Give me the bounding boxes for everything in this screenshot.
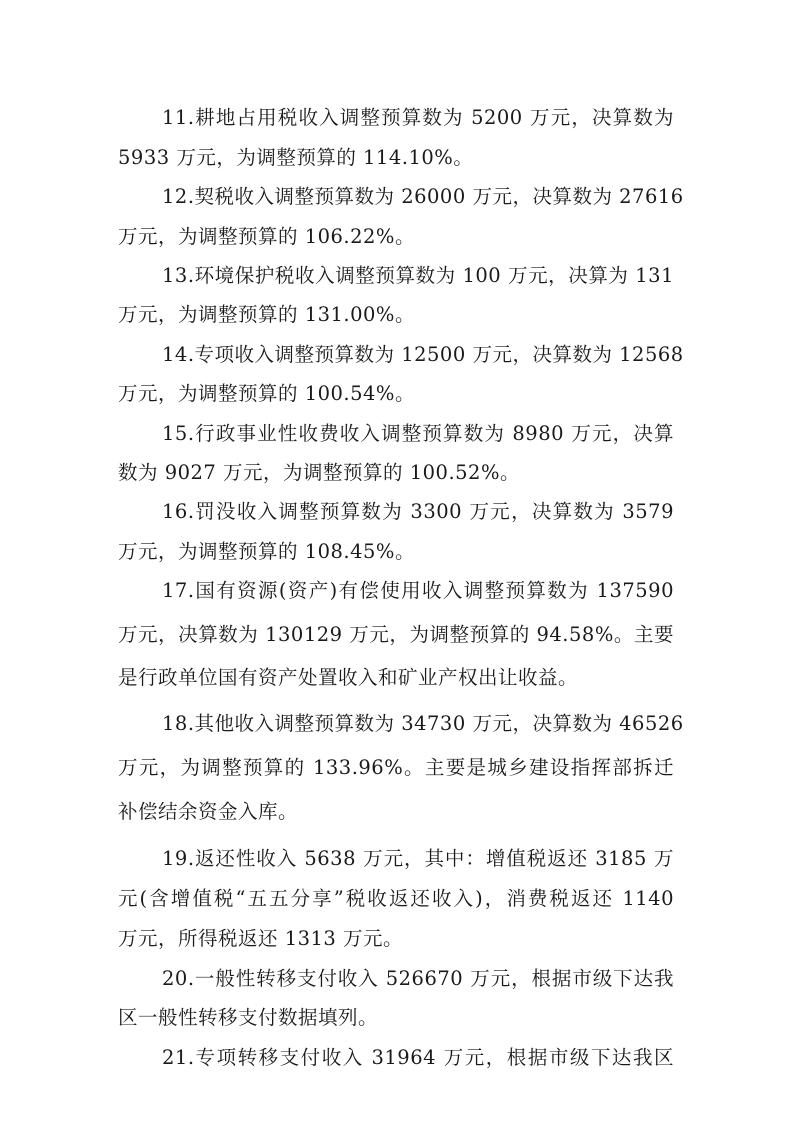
paragraph-line: 万元，为调整预算的 133.96%。主要是城乡建设指挥部拆迁 xyxy=(118,753,674,783)
paragraph-line: 21.专项转移支付收入 31964 万元，根据市级下达我区 xyxy=(162,1043,674,1073)
paragraph-line: 数为 9027 万元，为调整预算的 100.52%。 xyxy=(118,458,674,488)
document-page: 11.耕地占用税收入调整预算数为 5200 万元，决算数为 5933 万元，为调… xyxy=(0,0,793,1122)
paragraph-line: 12.契税收入调整预算数为 26000 万元，决算数为 27616 xyxy=(162,182,674,212)
paragraph-line: 18.其他收入调整预算数为 34730 万元，决算数为 46526 xyxy=(162,709,674,739)
paragraph-line: 区一般性转移支付数据填列。 xyxy=(118,1003,674,1033)
paragraph-line: 万元，为调整预算的 106.22%。 xyxy=(118,222,674,252)
paragraph-line: 11.耕地占用税收入调整预算数为 5200 万元，决算数为 xyxy=(162,103,674,133)
paragraph-line: 万元，所得税返还 1313 万元。 xyxy=(118,924,674,954)
paragraph-line: 万元，为调整预算的 108.45%。 xyxy=(118,537,674,567)
paragraph-line: 17.国有资源(资产)有偿使用收入调整预算数为 137590 xyxy=(162,576,674,606)
paragraph-line: 万元，为调整预算的 100.54%。 xyxy=(118,379,674,409)
paragraph-line: 15.行政事业性收费收入调整预算数为 8980 万元，决算 xyxy=(162,419,674,449)
paragraph-line: 5933 万元，为调整预算的 114.10%。 xyxy=(118,143,674,173)
paragraph-line: 14.专项收入调整预算数为 12500 万元，决算数为 12568 xyxy=(162,340,674,370)
paragraph-line: 16.罚没收入调整预算数为 3300 万元，决算数为 3579 xyxy=(162,497,674,527)
paragraph-line: 20.一般性转移支付收入 526670 万元，根据市级下达我 xyxy=(162,964,674,994)
paragraph-line: 补偿结余资金入库。 xyxy=(118,797,674,827)
paragraph-line: 13.环境保护税收入调整预算数为 100 万元，决算为 131 xyxy=(162,261,674,291)
paragraph-line: 元(含增值税“五五分享”税收返还收入)，消费税返还 1140 xyxy=(118,884,674,914)
paragraph-line: 19.返还性收入 5638 万元，其中：增值税返还 3185 万 xyxy=(162,844,674,874)
paragraph-line: 万元，决算数为 130129 万元，为调整预算的 94.58%。主要 xyxy=(118,620,674,650)
paragraph-line: 是行政单位国有资产处置收入和矿业产权出让收益。 xyxy=(118,663,674,693)
paragraph-line: 万元，为调整预算的 131.00%。 xyxy=(118,300,674,330)
